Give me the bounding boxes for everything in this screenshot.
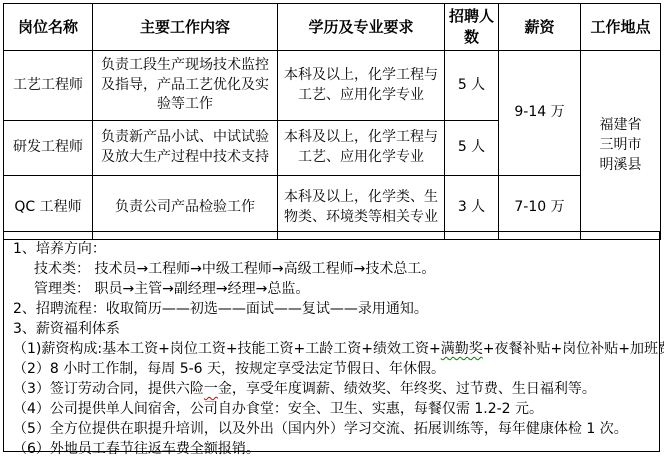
note-text: （1)薪资构成:基本工资+岗位工资+技能工资+工龄工资+绩效工资+ [13,341,441,357]
header-requirement: 学历及专业要求 [278,4,445,51]
position-cell: 研发工程师 [4,121,93,176]
note-text: +夜餐补贴+岗位补贴+加班费等。 [483,341,664,357]
salary-cell: 7-10 万 [499,176,581,240]
location-line: 福建省 [585,115,656,135]
header-position: 岗位名称 [4,4,93,51]
salary-cell-merged: 9-14 万 [499,51,581,176]
duty-cell: 负责工段生产现场技术监控及指导，产品工艺优化及实验等工作 [93,51,278,121]
note-salary-composition: （1)薪资构成:基本工资+岗位工资+技能工资+工龄工资+绩效工资+满勤奖+夜餐补… [13,339,659,359]
note-work-hours: （2）8 小时工作制，每周 5-6 天，按规定享受法定节假日、年休假。 [13,359,659,379]
table-header-row: 岗位名称 主要工作内容 学历及专业要求 招聘人数 薪资 工作地点 [4,4,661,51]
recruitment-table: 岗位名称 主要工作内容 学历及专业要求 招聘人数 薪资 工作地点 工艺工程师 负… [3,3,661,240]
note-benefits-heading: 3、薪资福利体系 [13,319,659,339]
header-headcount: 招聘人数 [445,4,499,51]
notes-section: 1、培养方向： 技术类： 技术员→工程师→中级工程师→高级工程师→技术总工。 管… [3,231,660,452]
header-duty: 主要工作内容 [93,4,278,51]
spellcheck-green-underline: 满勤奖 [441,341,483,357]
table-row: QC 工程师 负责公司产品检验工作 本科及以上，化学类、生物类、环境类等相关专业… [4,176,661,240]
note-contract-benefits: （3）签订劳动合同，提供六险一金，享受年度调薪、绩效奖、年终奖、过节费、生日福利… [13,379,659,399]
note-text: 金，享受年度调薪、绩效奖、年终奖、过节费、生日福利等。 [218,381,596,397]
duty-cell: 负责新产品小试、中试试验及放大生产过程中技术支持 [93,121,278,176]
note-text: （3）签订劳动合同，提供六险 [13,381,204,397]
requirement-cell: 本科及以上，化学工程与工艺、应用化学专业 [278,121,445,176]
header-salary: 薪资 [499,4,581,51]
header-location: 工作地点 [581,4,661,51]
requirement-cell: 本科及以上，化学类、生物类、环境类等相关专业 [278,176,445,240]
location-cell-merged: 福建省 三明市 明溪县 [581,51,661,240]
note-training-heading: 1、培养方向： [13,239,659,259]
note-tech-career-path: 技术类： 技术员→工程师→中级工程师→高级工程师→技术总工。 [13,259,659,279]
requirement-cell: 本科及以上，化学工程与工艺、应用化学专业 [278,51,445,121]
spellcheck-red-underline: 一 [204,381,218,397]
location-line: 三明市 [585,135,656,155]
note-mgmt-career-path: 管理类： 职员→主管→副经理→经理→总监。 [13,279,659,299]
headcount-cell: 5 人 [445,121,499,176]
headcount-cell: 5 人 [445,51,499,121]
position-cell: QC 工程师 [4,176,93,240]
note-dorm-canteen: （4）公司提供单人间宿舍，公司自办食堂：安全、卫生、实惠，每餐仅需 1.2-2 … [13,399,659,419]
note-training-checkup: （5）全方位提供在职提升培训，以及外出（国内外）学习交流、拓展训练等，每年健康体… [13,419,659,439]
location-line: 明溪县 [585,155,656,175]
note-travel-reimbursement: （6）外地员工春节往返车费全额报销。 [13,439,659,457]
headcount-cell: 3 人 [445,176,499,240]
table-row: 工艺工程师 负责工段生产现场技术监控及指导，产品工艺优化及实验等工作 本科及以上… [4,51,661,121]
duty-cell: 负责公司产品检验工作 [93,176,278,240]
position-cell: 工艺工程师 [4,51,93,121]
note-hiring-process: 2、招聘流程：收取简历——初选——面试——复试——录用通知。 [13,299,659,319]
